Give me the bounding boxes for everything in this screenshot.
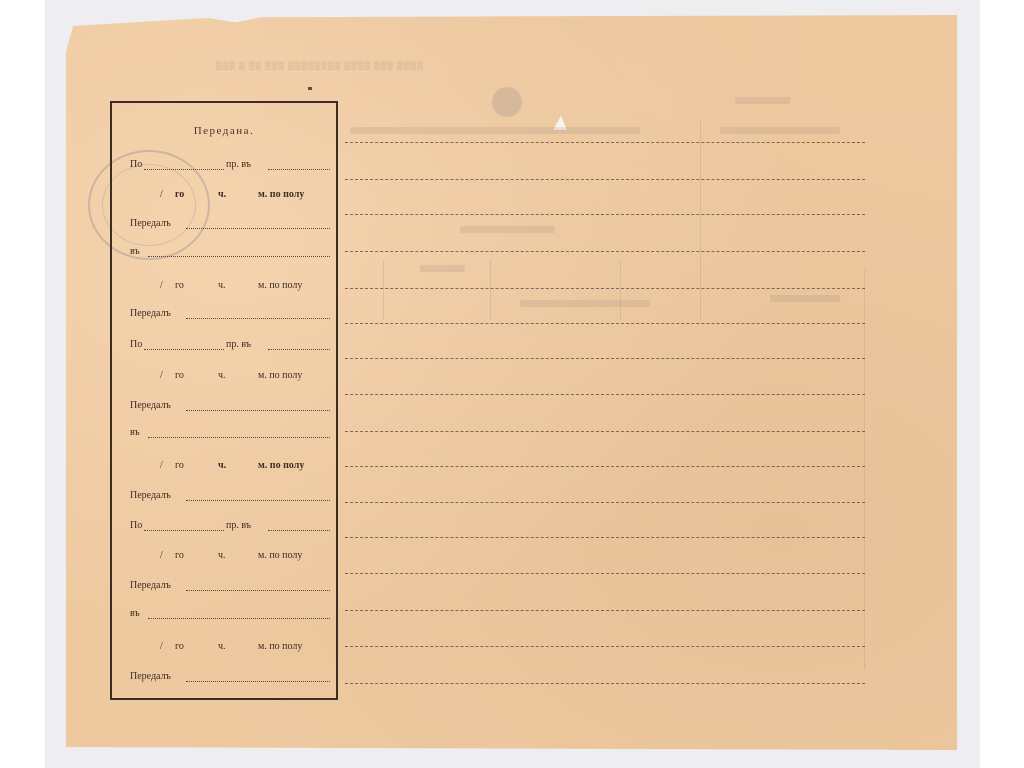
ruled-line bbox=[345, 502, 865, 503]
slash-mark: / bbox=[160, 188, 163, 202]
label-ch: ч. bbox=[218, 459, 226, 473]
ruled-line bbox=[345, 573, 865, 574]
row-v: въ bbox=[130, 245, 326, 259]
row-time: / го ч. м. по полу bbox=[130, 188, 326, 202]
label-m-po-polu: м. по полу bbox=[258, 369, 302, 383]
blank-field[interactable] bbox=[268, 349, 330, 350]
show-through-text bbox=[420, 265, 465, 272]
transmission-record-box: Передана. По пр. въ / го ч. м. по полу П… bbox=[110, 101, 338, 700]
show-through-rule bbox=[700, 120, 701, 320]
label-peredal: Передалъ bbox=[130, 670, 171, 684]
label-ch: ч. bbox=[218, 549, 226, 563]
show-through-text bbox=[720, 127, 840, 134]
slash-mark: / bbox=[160, 459, 163, 473]
blank-field[interactable] bbox=[186, 500, 330, 501]
blank-field[interactable] bbox=[144, 169, 224, 170]
ink-speck bbox=[308, 87, 312, 90]
ruled-line bbox=[345, 214, 865, 215]
label-go: го bbox=[175, 279, 184, 293]
crest-emblem-icon bbox=[492, 87, 522, 117]
row-po: По пр. въ bbox=[130, 158, 326, 172]
show-through-rule bbox=[490, 260, 491, 320]
label-peredal: Передалъ bbox=[130, 489, 171, 503]
blank-field[interactable] bbox=[186, 681, 330, 682]
show-through-text bbox=[520, 300, 650, 307]
row-time: / го ч. м. по полу bbox=[130, 459, 326, 473]
show-through-rule bbox=[383, 260, 384, 320]
label-m-po-polu: м. по полу bbox=[258, 459, 304, 473]
row-time: / го ч. м. по полу bbox=[130, 640, 326, 654]
label-po: По bbox=[130, 338, 142, 352]
show-through-text bbox=[770, 295, 840, 302]
ruled-line bbox=[345, 394, 865, 395]
label-go: го bbox=[175, 549, 184, 563]
label-m-po-polu: м. по полу bbox=[258, 279, 302, 293]
show-through-text bbox=[735, 97, 790, 104]
label-m-po-polu: м. по полу bbox=[258, 188, 304, 202]
row-time: / го ч. м. по полу bbox=[130, 279, 326, 293]
ruled-line bbox=[345, 431, 865, 432]
ruled-line bbox=[345, 142, 865, 143]
row-time: / го ч. м. по полу bbox=[130, 369, 326, 383]
ruled-line bbox=[345, 323, 865, 324]
blank-field[interactable] bbox=[144, 349, 224, 350]
label-go: го bbox=[175, 640, 184, 654]
label-pr-v: пр. въ bbox=[226, 158, 251, 172]
label-ch: ч. bbox=[218, 188, 226, 202]
label-v: въ bbox=[130, 426, 140, 440]
show-through-heading bbox=[350, 127, 640, 134]
label-ch: ч. bbox=[218, 279, 226, 293]
ruled-line bbox=[345, 466, 865, 467]
ruled-line bbox=[345, 358, 865, 359]
label-po: По bbox=[130, 158, 142, 172]
ruled-line bbox=[345, 288, 865, 289]
row-time: / го ч. м. по полу bbox=[130, 549, 326, 563]
label-peredal: Передалъ bbox=[130, 579, 171, 593]
label-peredal: Передалъ bbox=[130, 399, 171, 413]
blank-field[interactable] bbox=[186, 590, 330, 591]
ruled-line bbox=[345, 251, 865, 252]
slash-mark: / bbox=[160, 549, 163, 563]
blank-field[interactable] bbox=[268, 169, 330, 170]
ruled-line bbox=[345, 683, 865, 684]
label-ch: ч. bbox=[218, 640, 226, 654]
row-sign: Передалъ bbox=[130, 399, 326, 413]
row-sign: Передалъ bbox=[130, 670, 326, 684]
slash-mark: / bbox=[160, 640, 163, 654]
ruled-line bbox=[345, 179, 865, 180]
label-peredal: Передалъ bbox=[130, 217, 171, 231]
box-title: Передана. bbox=[112, 125, 336, 137]
blank-field[interactable] bbox=[148, 256, 330, 257]
row-sign: Передалъ bbox=[130, 579, 326, 593]
label-go: го bbox=[175, 188, 184, 202]
blank-field[interactable] bbox=[144, 530, 224, 531]
label-ch: ч. bbox=[218, 369, 226, 383]
label-po: По bbox=[130, 519, 142, 533]
label-go: го bbox=[175, 369, 184, 383]
slash-mark: / bbox=[160, 279, 163, 293]
label-m-po-polu: м. по полу bbox=[258, 640, 302, 654]
blank-field[interactable] bbox=[186, 318, 330, 319]
label-v: въ bbox=[130, 245, 140, 259]
label-go: го bbox=[175, 459, 184, 473]
ruled-line bbox=[345, 537, 865, 538]
show-through-rule bbox=[620, 260, 621, 320]
show-through-text bbox=[460, 226, 555, 233]
slash-mark: / bbox=[160, 369, 163, 383]
label-peredal: Передалъ bbox=[130, 307, 171, 321]
ruled-line bbox=[345, 646, 865, 647]
label-m-po-polu: м. по полу bbox=[258, 549, 302, 563]
label-pr-v: пр. въ bbox=[226, 519, 251, 533]
row-sign: Передалъ bbox=[130, 307, 326, 321]
label-v: въ bbox=[130, 607, 140, 621]
blank-field[interactable] bbox=[186, 228, 330, 229]
blank-field[interactable] bbox=[148, 437, 330, 438]
label-pr-v: пр. въ bbox=[226, 338, 251, 352]
row-sign: Передалъ bbox=[130, 217, 326, 231]
row-sign: Передалъ bbox=[130, 489, 326, 503]
row-v: въ bbox=[130, 607, 326, 621]
faint-printer-imprint: ▒▒▒ ▒ ▒▒ ▒▒▒ ▒▒▒▒▒▒▒▒ ▒▒▒▒ ▒▒▒ ▒▒▒▒ bbox=[216, 61, 424, 70]
row-po: По пр. въ bbox=[130, 519, 326, 533]
blank-field[interactable] bbox=[148, 618, 330, 619]
blank-field[interactable] bbox=[268, 530, 330, 531]
row-po: По пр. въ bbox=[130, 338, 326, 352]
blank-field[interactable] bbox=[186, 410, 330, 411]
row-v: въ bbox=[130, 426, 326, 440]
ruled-line bbox=[345, 610, 865, 611]
